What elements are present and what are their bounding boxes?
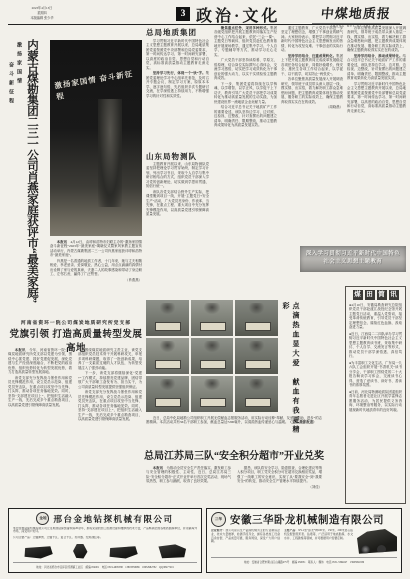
center-article-colC: 通过主题教育，广大党员干部进一步坚定了理想信念，增强了干事创业的精气神。大家纷纷… bbox=[281, 26, 343, 242]
ad-sanhua-title: 安徽三华卧龙机械制造有限公司 bbox=[230, 512, 384, 527]
header-rule bbox=[8, 24, 402, 25]
photo-grid-cell bbox=[191, 376, 234, 412]
left-article-headline: 内蒙古煤勘集团二三一公司肖燕家庭获评市“最美家庭” bbox=[24, 39, 40, 324]
product-photo bbox=[72, 544, 88, 559]
ad-jindi-intro: 邢台金地钻探机械有限公司立足地质钻探装备制造20余年，拥有完备的加工检测设备和雄… bbox=[13, 527, 197, 535]
supermarket-byline: （刘佳） bbox=[237, 485, 322, 489]
center-article-p5: 下一步，集团党委将持续在以学铸魂、以学增智、以学正风、以学促干上下功夫，教育引导… bbox=[214, 82, 277, 104]
photo-calligraphy-text: 激扬家国情 奋斗新征程 bbox=[54, 68, 138, 103]
jindi-logo-icon: 金地 bbox=[36, 512, 49, 525]
ad-jindi-contact: 地址：河北省邢台市任泽区邢湾镇工业区 邮编 054001 电话 0319-468… bbox=[13, 562, 197, 569]
date-block: 2023年4月13日 星期四 本版编辑 张少华 bbox=[14, 6, 70, 21]
briefs-header-char: 田 bbox=[365, 290, 375, 300]
photo-caption-credit: （王晶 摄影报道） bbox=[288, 420, 316, 424]
product-photo bbox=[157, 544, 187, 559]
photo-grid-cell bbox=[191, 300, 234, 336]
center-article-p3: 集团各级党组织把开展主题教育同落实生产经营中心工作结合起来，依托“三会一课”、主… bbox=[214, 26, 277, 57]
photo-grid-cell bbox=[146, 376, 189, 412]
center-article-colA1: 学习贯彻习近平新时代中国特色社会主义思想主题教育开展以来，总局地质集团党委按照党… bbox=[146, 39, 209, 149]
supermarket-article-col1: 本报讯 为推动全员安全生产责任落实，激发职工参与安全管理的积极性、主动性，近日，… bbox=[146, 466, 231, 504]
briefs-item: ●近日，江西局二二四队举办学习贯彻习近平新时代中国特色社会主义思想主题教育读书班… bbox=[349, 332, 402, 359]
left-article-kicker-1: 激扬家国情 bbox=[15, 42, 22, 112]
briefs-box: 煤 田 简 讯 ●4月10日，安徽局勘查研究总院组织党员干部赴渡江战役纪念馆开展… bbox=[345, 286, 406, 504]
ad-jindi-title: 邢台金地钻探机械有限公司 bbox=[53, 513, 173, 525]
editor-line: 本版编辑 张少华 bbox=[14, 16, 70, 21]
party-article-col2: 围绕煤炭地质研究主责主业，该党支部组织党员技术骨干开展科研攻关，申报多项科研课题… bbox=[78, 348, 142, 502]
briefs-items: ●4月10日，安徽局勘查研究总院组织党员干部赴渡江战役纪念馆开展主题党日活动，重… bbox=[349, 303, 402, 499]
center-article-p2: 集团党委理论学习中心组率先垂范，及时召开专题会议，制定学习方案，原原本本学、逐字… bbox=[146, 71, 209, 97]
briefs-header-char: 讯 bbox=[389, 290, 399, 300]
briefs-item: ●日前，河北局物测地质队团委组织青年志愿者走进社区开展学雷锋志愿服务活动，为居民… bbox=[349, 390, 402, 412]
ad-jindi: 金地 邢台金地钻探机械有限公司 邢台金地钻探机械有限公司立足地质钻探装备制造20… bbox=[8, 508, 202, 573]
briefs-item: ●4月10日，安徽局勘查研究总院组织党员干部赴渡江战役纪念馆开展主题党日活动，重… bbox=[349, 303, 402, 330]
supermarket-article-col2: 据悉，该队将安全学习、隐患排查、合理化建议等纳入积分项目，职工凭安全积分可在超市… bbox=[237, 466, 322, 504]
party-article-kicker: 河南省资环一院公司煤炭地质研究所党支部 bbox=[8, 319, 144, 326]
ad-jindi-product-photos bbox=[13, 542, 197, 560]
left-article-p2: 肖燕是一名普通的地质工作者，十几年来，她与丈夫相敬相爱、孝老爱亲、爱岗敬业、热心… bbox=[50, 259, 142, 277]
supermarket-article-headline: 总局江苏局三队“安全积分超市”开业兑奖 bbox=[144, 447, 324, 462]
blood-donation-photo-grid bbox=[146, 300, 278, 412]
center-article-colB: 聚焦重点任务，采用多种形式。集团各级党组织把开展主题教育同落实生产经营中心工作结… bbox=[214, 26, 277, 298]
photo-grid-cell bbox=[235, 300, 278, 336]
ad-sanhua-products-lead: 主要产品： bbox=[284, 529, 298, 532]
newspaper-page: 2023年4月13日 星期四 本版编辑 张少华 3 政治·文化 中煤地质报 ZH… bbox=[0, 0, 410, 579]
ad-sanhua-contact: 地址：安徽省合肥市蜀山区山湖路275号 邮编 230031 联系人：魏伟 电话 … bbox=[211, 557, 397, 564]
shandong-article-title: 山东局物测队 bbox=[146, 151, 197, 162]
photo-grid-cell bbox=[191, 338, 234, 374]
colC-p1: 通过主题教育，广大党员干部进一步坚定了理想信念，增强了干事创业的精气神。大家纷纷… bbox=[281, 26, 343, 53]
masthead-name: 中煤地质报 bbox=[311, 3, 401, 22]
photo-grid-cell bbox=[235, 338, 278, 374]
colD-p3: 学习贯彻习近平新时代中国特色社会主义思想主题教育开展以来，总局地质集团党委按照党… bbox=[347, 82, 406, 113]
banner-line1: 深入学习贯彻习近平新时代中国特色 bbox=[300, 250, 406, 258]
left-article-kicker-2: 奋斗新征程 bbox=[7, 62, 14, 132]
supermarket-p2: 据悉，该队将安全学习、隐患排查、合理化建议等纳入积分项目，职工凭安全积分可在超市… bbox=[237, 466, 322, 484]
shandong-article-col: 主题教育开展以来，山东局物测队党委坚持把理论学习贯穿始终，制定学习计划，列出学习… bbox=[146, 162, 209, 298]
briefs-header: 煤 田 简 讯 bbox=[349, 290, 402, 300]
party-article-p2: 该党支部充分发挥战斗堡垒作用和党员先锋模范作用，设立党员示范岗、组建党员突击队，… bbox=[8, 376, 72, 407]
center-article-p1: 学习贯彻习近平新时代中国特色社会主义思想主题教育开展以来，总局地质集团党委按照党… bbox=[146, 39, 209, 70]
party-article-p1: 今年，河南省资环一院公司煤炭地质研究所党支部以党建为引领，围绕中心抓党建、抓好党… bbox=[8, 348, 72, 374]
product-photo bbox=[23, 544, 53, 559]
ad-sanhua-intro: 企业简介：我公司是以生产钻探机械为主的专业制造企业，技术力量雄厚，检测手段齐全，… bbox=[211, 529, 280, 555]
colD-p1: 各单位聚焦高质量发展深入开展调查研究，领导班子成员带头深入基层一线，摸实情、出实… bbox=[347, 26, 406, 53]
photo-grid-cell bbox=[146, 338, 189, 374]
briefs-item: ●为丰富职工文化生活，广东局一九六队工会组织开展“书香机关”读书分享会，干部职工… bbox=[349, 361, 402, 388]
party-article-p4: 下一步，该党支部将继续深化“党建+”工作模式，持续擦亮党建品牌，团结带领广大干部… bbox=[78, 371, 142, 389]
party-article-p5: 该党支部充分发挥战斗堡垒作用和党员先锋模范作用，设立党员示范岗、组建党员突击队，… bbox=[78, 390, 142, 421]
ad-sanhua-products: 主要产品：XY-1型“卧龙”牌100米、150米、200米岩芯钻机及配套泥浆泵、… bbox=[284, 529, 353, 555]
shandong-p1: 主题教育开展以来，山东局物测队党委坚持把理论学习贯穿始终，制定学习计划，列出学习… bbox=[146, 162, 209, 189]
party-article-p3: 围绕煤炭地质研究主责主业，该党支部组织党员技术骨干开展科研攻关，申报多项科研课题… bbox=[78, 348, 142, 370]
left-article-body: 本报讯 4月12日，由呼和浩特市妇联主办的“激扬家国情 奋斗新征程”2023年“… bbox=[50, 240, 142, 312]
briefs-header-char: 煤 bbox=[353, 290, 363, 300]
colD-p2: 结合习近平总书记关于地质矿产工作的重要论述，该队坚持边学习、边对照、边检视、边整… bbox=[347, 54, 406, 80]
party-article-col1: 本报讯 今年，河南省资环一院公司煤炭地质研究所党支部以党建为引领，围绕中心抓党建… bbox=[8, 348, 72, 502]
drill-machine-photo bbox=[357, 529, 397, 555]
ad-sanhua: 三华 安徽三华卧龙机械制造有限公司 企业简介：我公司是以生产钻探机械为主的专业制… bbox=[206, 508, 402, 573]
center-article-p6: 结合习近平总书记关于地质矿产工作的重要论述，该队坚持边学习、边对照、边检视、边整… bbox=[214, 105, 277, 127]
photo-grid-cell bbox=[235, 376, 278, 412]
center-article-title: 总局地质集团 bbox=[146, 27, 197, 38]
colC-p2: 集团上下把开展主题教育同完成改革发展稳定各项任务结合起来，同做好稳增长、保安全、… bbox=[281, 54, 343, 76]
ad-sanhua-intro-lead: 企业简介： bbox=[211, 529, 225, 532]
award-ceremony-photo: 激扬家国情 奋斗新征程 bbox=[50, 40, 142, 236]
theme-education-banner: 深入学习贯彻习近平新时代中国特色 社会主义思想主题教育 bbox=[300, 246, 406, 272]
product-photo bbox=[108, 544, 138, 559]
ad-jindi-products: 公司主要产品：立轴弹簧、立轴卡瓦、复合卡瓦、夹持器、给进油缸等。 bbox=[13, 536, 197, 540]
left-article-byline: （肖燕燕） bbox=[50, 278, 142, 282]
center-article-p4: 广大党员干部坚持读原著、学原文、悟原理，结合岗位实际撰写心得体会，交流学习感悟，… bbox=[214, 58, 277, 80]
section-title: 政治·文化 bbox=[196, 3, 280, 26]
sanhua-logo-icon: 三华 bbox=[211, 512, 226, 527]
center-article-colD: 各单位聚焦高质量发展深入开展调查研究，领导班子成员带头深入基层一线，摸实情、出实… bbox=[347, 26, 406, 242]
photo-grid-cell bbox=[146, 300, 189, 336]
banner-line2: 社会主义思想主题教育 bbox=[300, 258, 406, 266]
colC-p3: 各单位聚焦高质量发展深入开展调查研究，领导班子成员带头深入基层一线，摸实情、出实… bbox=[281, 77, 343, 104]
page-number-badge: 3 bbox=[176, 7, 190, 21]
center-article-byline: （周晓晨） bbox=[281, 105, 343, 109]
briefs-header-char: 简 bbox=[377, 290, 387, 300]
photo-caption: 近日，总局中化局地勘公司组织职工开展无偿献血志愿服务活动，用实际行动诠释“奉献、… bbox=[146, 416, 322, 442]
center-article-p2-lead: 坚持学习先行，体现一个“快”字。 bbox=[153, 71, 206, 75]
shandong-p2: 该队各党支部结合野外生产实际，把课堂搬到项目一线，开展“主题党日+安全生产”活动… bbox=[146, 190, 209, 217]
